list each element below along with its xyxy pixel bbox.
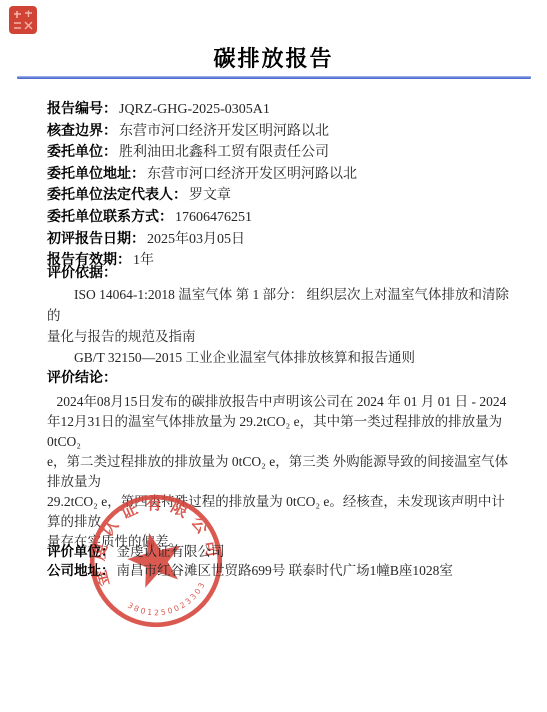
field-label: 委托单位联系方式： (47, 210, 173, 225)
field-client-address: 委托单位地址：东营市河口经济开发区明河路以北 (47, 164, 517, 186)
report-footer: 评价单位：金虔认证有限公司 公司地址：南昌市红谷滩区世贸路699号 联泰时代广场… (47, 542, 527, 580)
field-initial-report-date: 初评报告日期：2025年03月05日 (47, 229, 517, 251)
seal-number-text: 3801250023303 (124, 578, 213, 626)
report-page: 碳排放报告 报告编号：JQRZ-GHG-2025-0305A1 核查边界：东营市… (0, 0, 547, 712)
field-value: 南昌市红谷滩区世贸路699号 联泰时代广场1幢B座1028室 (117, 563, 453, 578)
conclusion-heading: 评价结论： (47, 368, 517, 389)
field-value: 2025年03月05日 (147, 232, 245, 247)
field-value: 胜利油田北鑫科工贸有限责任公司 (119, 145, 329, 160)
field-label: 评价单位： (47, 544, 115, 559)
field-value: 罗文章 (189, 188, 231, 203)
field-label: 核查边界： (47, 124, 117, 139)
field-label: 公司地址： (47, 563, 115, 578)
field-label: 委托单位： (47, 145, 117, 160)
page-title: 碳排放报告 (0, 42, 547, 73)
title-divider-rule (17, 76, 531, 79)
basis-item-gbt: GB/T 32150—2015 工业企业温室气体排放核算和报告通则 (47, 347, 517, 368)
report-fields: 报告编号：JQRZ-GHG-2025-0305A1 核查边界：东营市河口经济开发… (47, 99, 517, 272)
corner-seal-texture (9, 6, 37, 34)
field-value: 17606476251 (175, 210, 252, 225)
field-label: 初评报告日期： (47, 232, 145, 247)
field-value: JQRZ-GHG-2025-0305A1 (119, 102, 270, 117)
basis-heading: 评价依据： (47, 263, 517, 284)
field-label: 委托单位法定代表人： (47, 188, 187, 203)
field-value: 东营市河口经济开发区明河路以北 (119, 124, 329, 139)
field-label: 委托单位地址： (47, 167, 145, 182)
field-verification-boundary: 核查边界：东营市河口经济开发区明河路以北 (47, 121, 517, 143)
field-evaluation-org: 评价单位：金虔认证有限公司 (47, 542, 527, 561)
corner-seal-stamp (9, 6, 37, 34)
field-value: 东营市河口经济开发区明河路以北 (147, 167, 357, 182)
field-report-number: 报告编号：JQRZ-GHG-2025-0305A1 (47, 99, 517, 121)
field-value: 金虔认证有限公司 (117, 544, 225, 559)
field-contact-phone: 委托单位联系方式：17606476251 (47, 207, 517, 229)
field-legal-representative: 委托单位法定代表人：罗文章 (47, 185, 517, 207)
field-company-address: 公司地址：南昌市红谷滩区世贸路699号 联泰时代广场1幢B座1028室 (47, 561, 527, 580)
basis-item-iso: ISO 14064-1:2018 温室气体 第 1 部分： 组织层次上对温室气体… (47, 284, 517, 347)
field-label: 报告编号： (47, 102, 117, 117)
field-client: 委托单位：胜利油田北鑫科工贸有限责任公司 (47, 142, 517, 164)
